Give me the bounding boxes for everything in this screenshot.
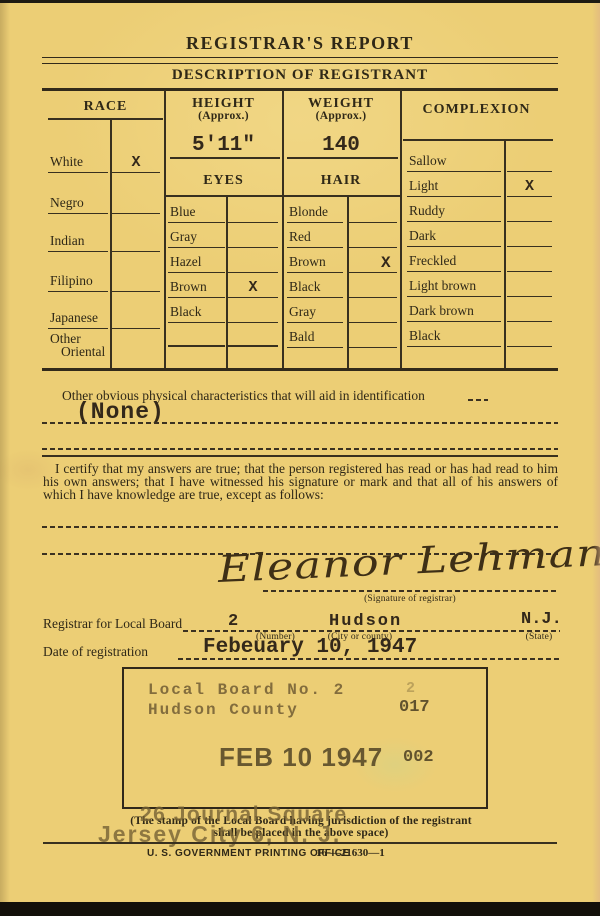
complexion-label-black: Black bbox=[407, 327, 501, 347]
form-number: 16 —21630—1 bbox=[316, 847, 385, 859]
registrar-state: N.J. bbox=[521, 610, 562, 629]
eyes-header-rule bbox=[165, 195, 282, 197]
race-check-filipino bbox=[112, 272, 160, 292]
complexion-check-ruddy bbox=[507, 202, 552, 222]
complexion-check-freckled bbox=[507, 252, 552, 272]
hair-label-bald: Bald bbox=[287, 328, 343, 348]
complexion-label-freckled: Freckled bbox=[407, 252, 501, 272]
complexion-label-light: Light bbox=[407, 177, 501, 197]
scan-edge-top bbox=[0, 0, 600, 3]
race-label-other-oriental: Other Oriental bbox=[50, 332, 114, 358]
eyes-check-brown: X bbox=[228, 278, 278, 298]
complexion-check-sallow bbox=[507, 152, 552, 172]
complexion-top-rule bbox=[403, 139, 553, 141]
date-line bbox=[178, 658, 560, 660]
registrar-board-number: 2 bbox=[228, 612, 238, 631]
stamp-board-line2: Hudson County bbox=[148, 701, 299, 719]
registrar-label: Registrar for Local Board bbox=[43, 616, 182, 632]
date-label: Date of registration bbox=[43, 644, 148, 660]
eyes-check-gray bbox=[228, 228, 278, 248]
complexion-label-dark-brown: Dark brown bbox=[407, 302, 501, 322]
footer-rule bbox=[43, 842, 557, 844]
table-bottom-rule bbox=[42, 368, 558, 371]
race-check-indian bbox=[112, 232, 160, 252]
page-title: REGISTRAR'S REPORT bbox=[0, 33, 600, 54]
eyes-label-gray: Gray bbox=[168, 228, 225, 248]
complexion-label-dark: Dark bbox=[407, 227, 501, 247]
complexion-header: COMPLEXION bbox=[400, 102, 553, 118]
race-label-filipino: Filipino bbox=[48, 272, 108, 292]
race-check-white: X bbox=[112, 153, 160, 173]
stamp-code-bottom: 002 bbox=[403, 748, 434, 767]
section-rule bbox=[42, 455, 558, 457]
weight-value: 140 bbox=[282, 134, 400, 157]
race-header: RACE bbox=[48, 99, 163, 115]
hair-check-blonde bbox=[349, 203, 397, 223]
signature-caption: (Signature of registrar) bbox=[300, 594, 520, 604]
hair-header: HAIR bbox=[282, 173, 400, 189]
write-line-2 bbox=[42, 448, 558, 450]
hair-check-gray bbox=[349, 303, 397, 323]
double-rule bbox=[42, 57, 558, 64]
eyes-label-black: Black bbox=[168, 303, 225, 323]
thick-rule bbox=[42, 88, 558, 91]
registrar-report-card: REGISTRAR'S REPORT DESCRIPTION OF REGIST… bbox=[0, 0, 600, 916]
complexion-label-light-brown: Light brown bbox=[407, 277, 501, 297]
scan-edge-right bbox=[592, 0, 600, 916]
hair-label-blonde: Blonde bbox=[287, 203, 343, 223]
complexion-label-ruddy: Ruddy bbox=[407, 202, 501, 222]
weight-subheader: (Approx.) bbox=[282, 110, 400, 122]
race-check-negro bbox=[112, 194, 160, 214]
eyes-check-hazel bbox=[228, 253, 278, 273]
complexion-label-sallow: Sallow bbox=[407, 152, 501, 172]
hair-check-black bbox=[349, 278, 397, 298]
height-value: 5'11" bbox=[165, 134, 282, 157]
hair-check-red bbox=[349, 228, 397, 248]
characteristics-leader-dash bbox=[468, 399, 488, 401]
state-caption: (State) bbox=[516, 632, 562, 642]
registrar-city: Hudson bbox=[329, 612, 402, 631]
complexion-check-dark bbox=[507, 227, 552, 247]
stamp-address-line2: Jersey City 6, N. J. bbox=[98, 821, 341, 848]
complexion-check-light: X bbox=[507, 177, 552, 197]
eyes-check-black bbox=[228, 303, 278, 323]
race-label-japanese: Japanese bbox=[48, 309, 108, 329]
signature-line bbox=[263, 590, 556, 592]
race-label-indian: Indian bbox=[48, 232, 108, 252]
hair-label-gray: Gray bbox=[287, 303, 343, 323]
race-label-white: White bbox=[48, 153, 108, 173]
registrar-signature: Eleanor Lehman bbox=[217, 531, 600, 591]
write-line-1 bbox=[42, 422, 558, 424]
section-title: DESCRIPTION OF REGISTRANT bbox=[0, 67, 600, 84]
divider-race-height bbox=[164, 90, 166, 370]
eyes-label-brown: Brown bbox=[168, 278, 225, 298]
stamp-date: FEB 10 1947 bbox=[219, 742, 383, 773]
hair-label-brown: Brown bbox=[287, 253, 343, 273]
hair-check-bald bbox=[349, 328, 397, 348]
divider-complexion-check bbox=[504, 139, 506, 370]
race-check-japanese bbox=[112, 309, 160, 329]
weight-value-rule bbox=[287, 157, 398, 159]
hair-label-red: Red bbox=[287, 228, 343, 248]
hair-header-rule bbox=[282, 195, 400, 197]
stamp-code-middle: 017 bbox=[399, 698, 430, 717]
certification-text: I certify that my answers are true; that… bbox=[43, 462, 558, 501]
divider-height-weight bbox=[282, 90, 284, 370]
stamp-board-line1: Local Board No. 2 bbox=[148, 681, 345, 699]
hair-label-black: Black bbox=[287, 278, 343, 298]
height-subheader: (Approx.) bbox=[165, 110, 282, 122]
eyes-empty-row-rule bbox=[168, 345, 225, 347]
scan-edge-bottom bbox=[0, 902, 600, 916]
stamp-code-top: 2 bbox=[406, 680, 415, 697]
eyes-check-blue bbox=[228, 203, 278, 223]
complexion-check-black bbox=[507, 327, 552, 347]
eyes-header: EYES bbox=[165, 173, 282, 189]
race-header-rule bbox=[48, 118, 163, 120]
height-value-rule bbox=[170, 157, 280, 159]
eyes-empty-check-rule bbox=[228, 345, 278, 347]
complexion-check-light-brown bbox=[507, 277, 552, 297]
scan-edge-left bbox=[0, 0, 10, 916]
complexion-check-dark-brown bbox=[507, 302, 552, 322]
hair-brown-x-mark: X bbox=[381, 254, 403, 272]
race-label-negro: Negro bbox=[48, 194, 108, 214]
divider-weight-complexion bbox=[400, 90, 402, 370]
eyes-label-blue: Blue bbox=[168, 203, 225, 223]
date-value: Febeuary 10, 1947 bbox=[203, 636, 417, 659]
eyes-label-hazel: Hazel bbox=[168, 253, 225, 273]
exception-line-1 bbox=[42, 526, 558, 528]
